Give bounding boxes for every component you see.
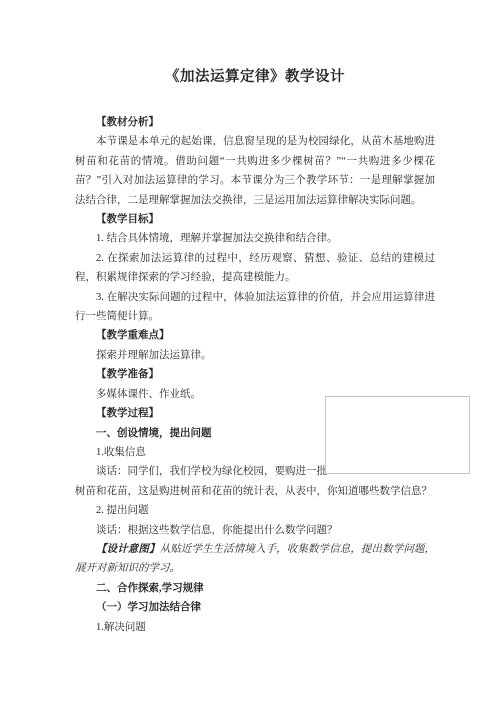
para-material-analysis: 本节课是本单元的起始课，信息窗呈现的是为校园绿化，从苗木基地购进树苗和花苗的情境… [75,132,435,210]
section-heading-key-difficulties: 【教学重难点】 [75,326,435,345]
para-goal-2: 2. 在探索加法运算律的过程中，经历观察、猜想、验证、总结的建模过程，积累规律探… [75,249,435,288]
para-talk-1-line-2: 树苗和花苗，这是购进树苗和花苗的统计表，从表中，你知道哪些数学信息？ [75,482,435,501]
section-heading-preparation: 【教学准备】 [75,365,435,384]
document-page: 《加法运算定律》教学设计 【教材分析】 本节课是本单元的起始课，信息窗呈现的是为… [0,0,499,706]
para-raise-question: 2. 提出问题 [75,501,435,520]
document-body: 【教材分析】 本节课是本单元的起始课，信息窗呈现的是为校园绿化，从苗木基地购进树… [75,113,435,637]
subheading-step-2: 二、合作探索,学习规律 [75,579,435,598]
design-intent-label: 【设计意图】 [96,544,160,555]
para-talk-2: 谈话：根据这些数学信息，你能提出什么数学问题？ [75,521,435,540]
para-goal-1: 1. 结合具体情境，理解并掌握加法交换律和结合律。 [75,229,435,248]
subheading-step-2-1: （一）学习加法结合律 [75,598,435,617]
para-key-difficulties: 探索并理解加法运算律。 [75,346,435,365]
para-solve-problem: 1.解决问题 [75,618,435,637]
page-title: 《加法运算定律》教学设计 [75,66,435,88]
section-heading-teaching-goals: 【教学目标】 [75,210,435,229]
image-placeholder-box [325,396,470,474]
para-goal-3: 3. 在解决实际问题的过程中，体验加法运算律的价值，并会应用运算律进行一些简便计… [75,288,435,327]
para-design-intent: 【设计意图】从贴近学生生活情境入手，收集数学信息，提出数学问题，展开对新知识的学… [75,540,435,579]
section-heading-material-analysis: 【教材分析】 [75,113,435,132]
